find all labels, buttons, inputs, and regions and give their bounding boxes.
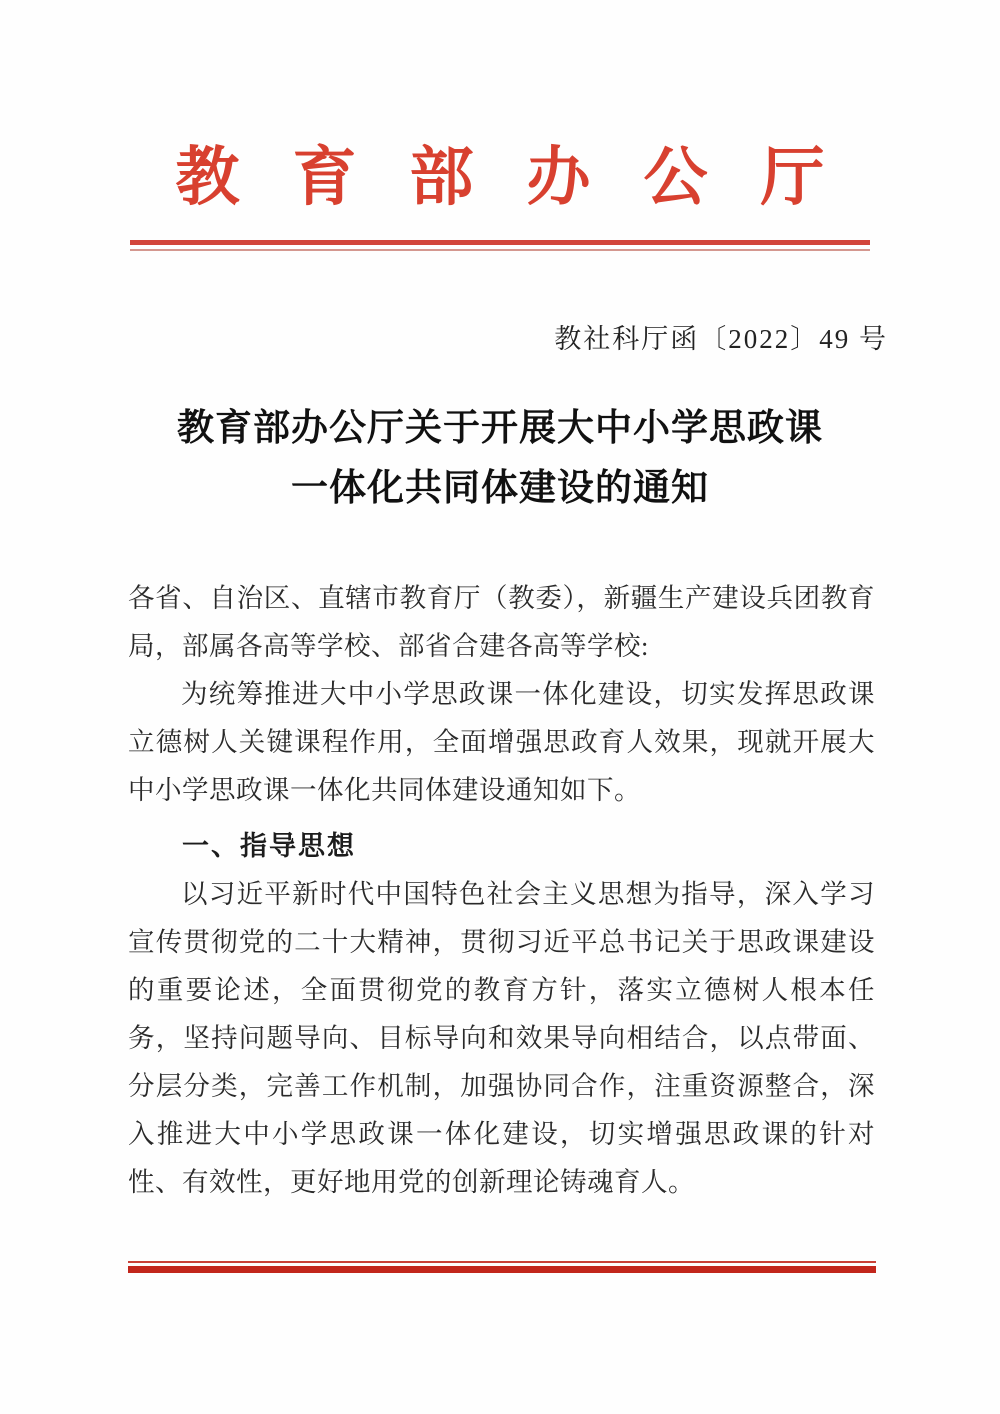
document-title-line-1: 教育部办公厅关于开展大中小学思政课	[0, 399, 1000, 459]
header-rule-thin-line	[130, 249, 870, 251]
intro-paragraph: 为统筹推进大中小学思政课一体化建设，切实发挥思政课立德树人关键课程作用，全面增强…	[128, 670, 875, 814]
recipients-paragraph: 各省、自治区、直辖市教育厅（教委），新疆生产建设兵团教育局，部属各高等学校、部省…	[128, 574, 875, 670]
document-page: 教育部办公厅 教社科厅函〔2022〕49 号 教育部办公厅关于开展大中小学思政课…	[0, 0, 1000, 1414]
header-rule	[130, 240, 870, 251]
footer-rule	[128, 1261, 876, 1273]
issuing-agency-header: 教育部办公厅	[0, 146, 1000, 210]
footer-rule-thick-line	[128, 1266, 876, 1273]
document-title-line-2: 一体化共同体建设的通知	[0, 459, 1000, 519]
document-number: 教社科厅函〔2022〕49 号	[0, 319, 1000, 359]
document-body: 各省、自治区、直辖市教育厅（教委），新疆生产建设兵团教育局，部属各高等学校、部省…	[128, 574, 875, 1206]
section-1-paragraph: 以习近平新时代中国特色社会主义思想为指导，深入学习宣传贯彻党的二十大精神，贯彻习…	[128, 870, 875, 1206]
document-title: 教育部办公厅关于开展大中小学思政课 一体化共同体建设的通知	[0, 399, 1000, 519]
section-1-heading: 一、指导思想	[128, 822, 875, 870]
